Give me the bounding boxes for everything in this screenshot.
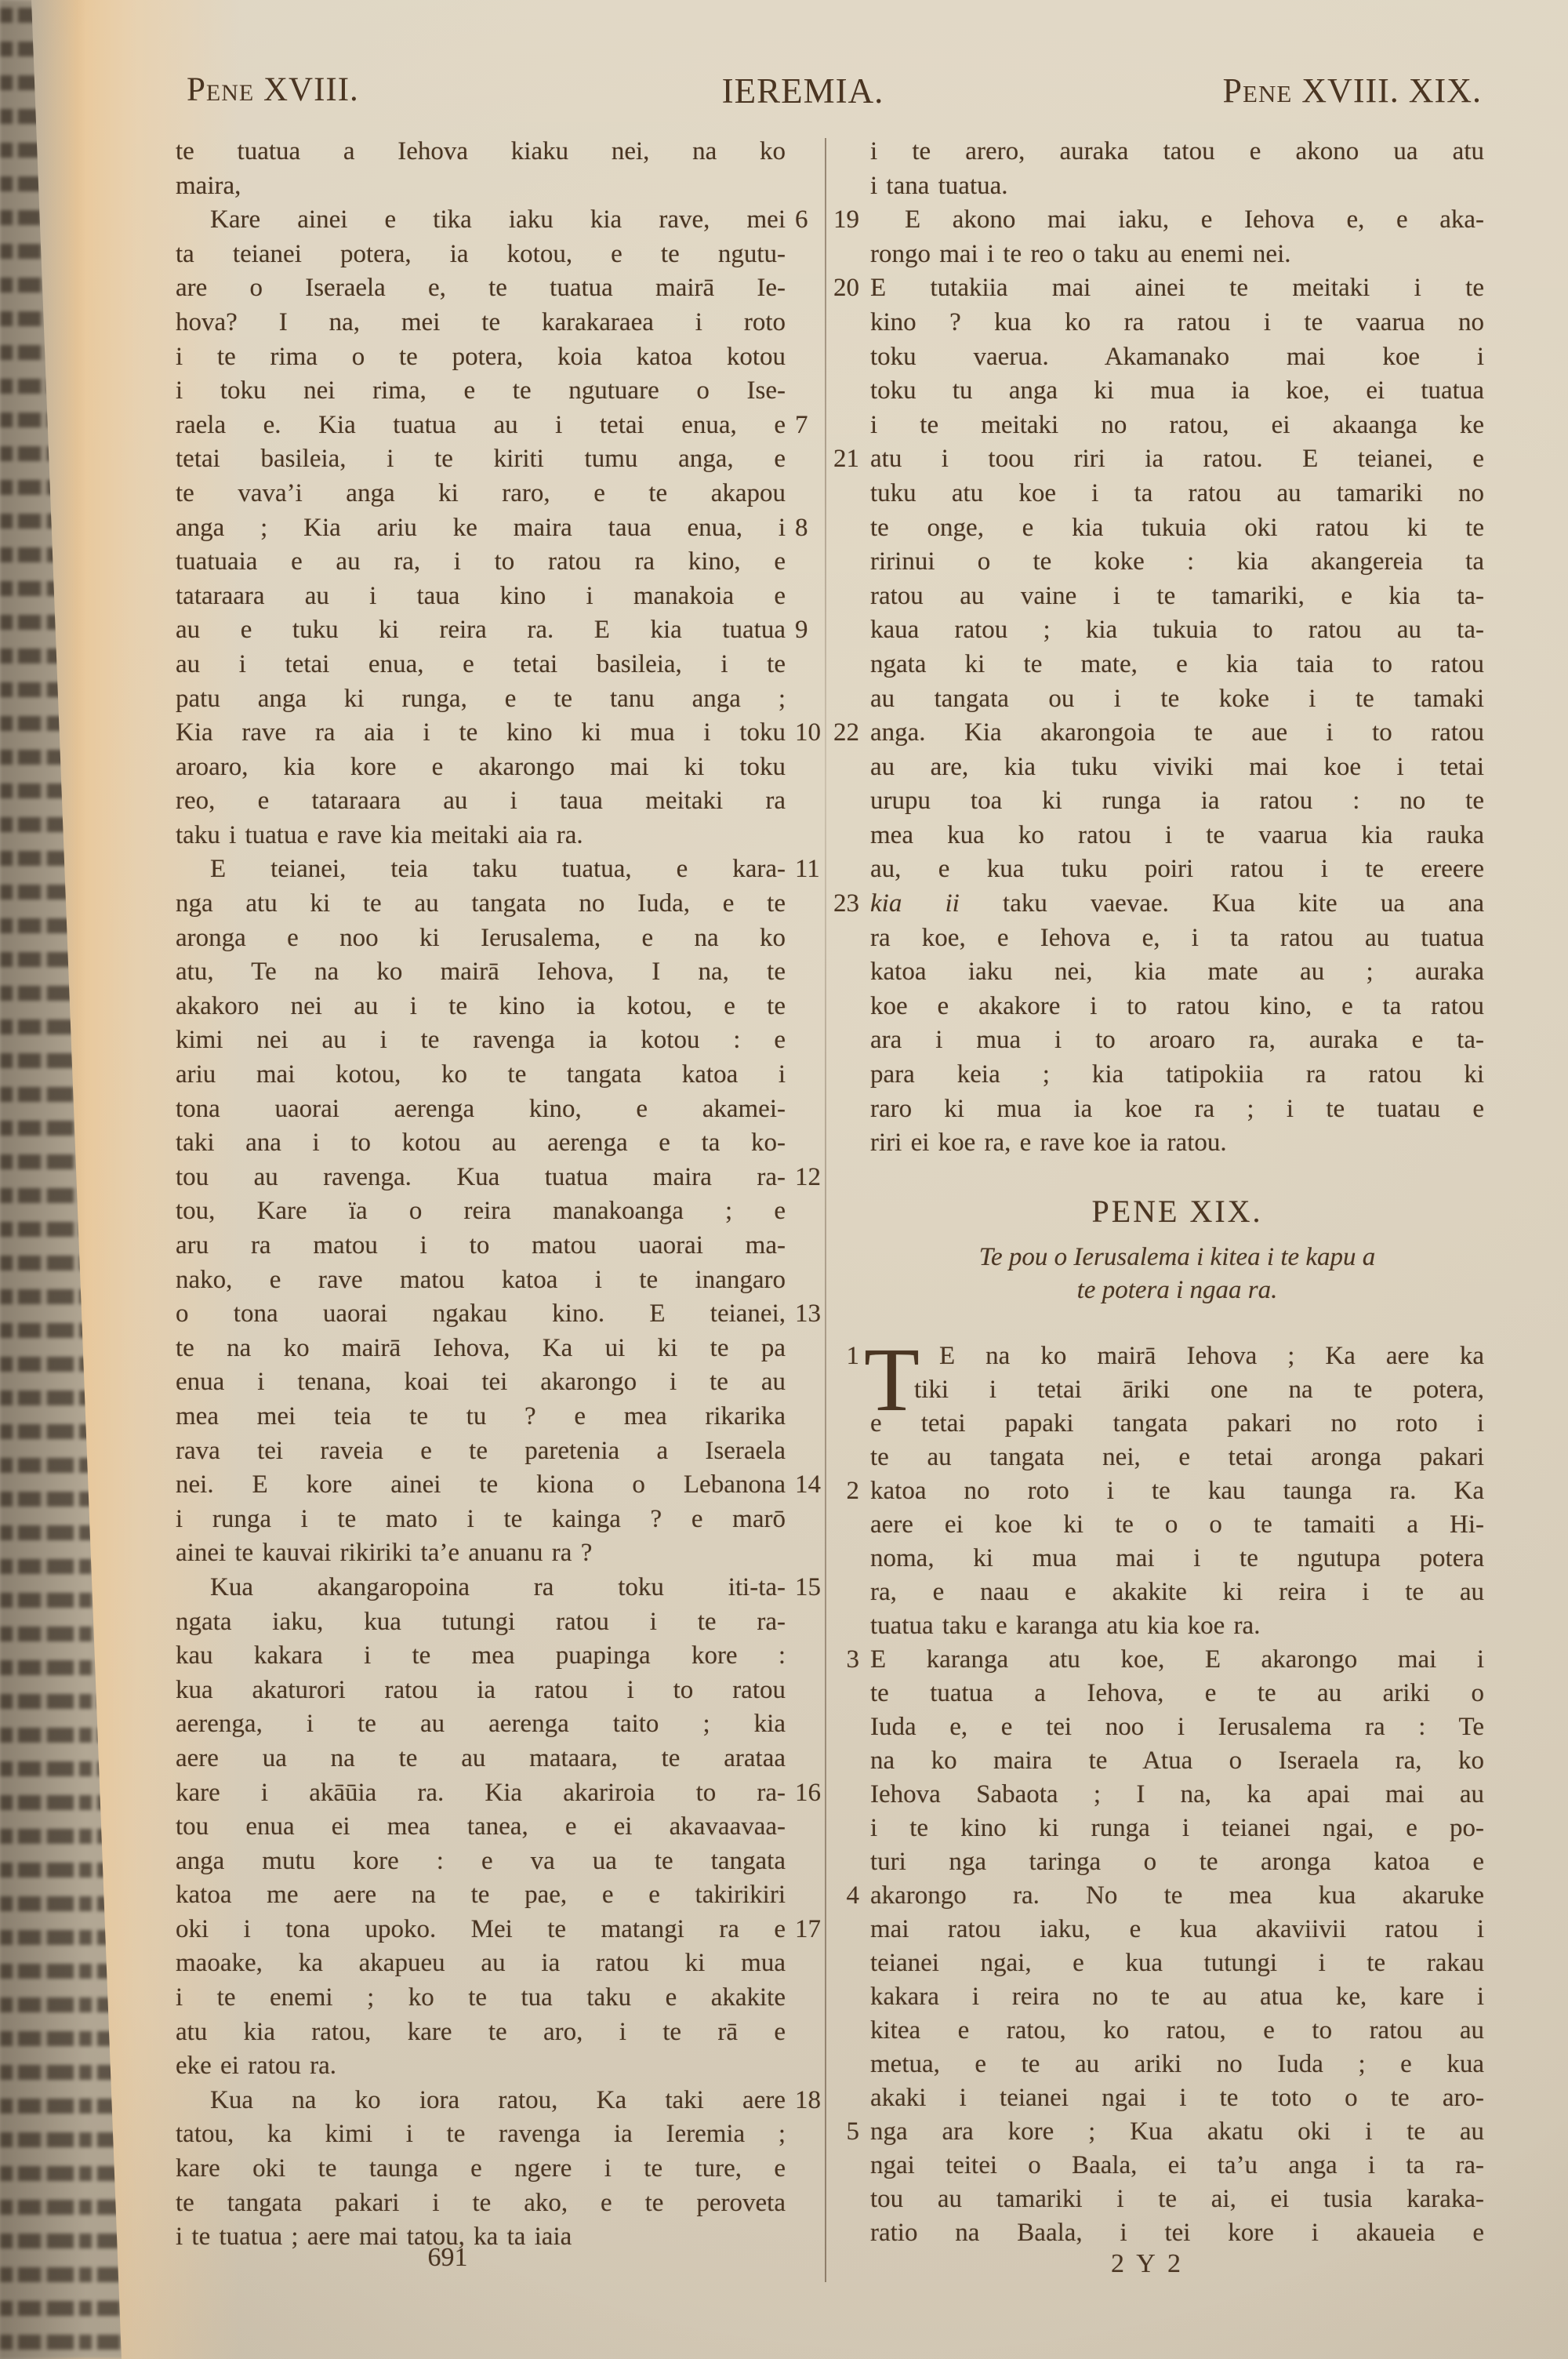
verse-number: 22 <box>833 716 859 751</box>
text-line: kimi nei au i te ravenga ia kotou : e <box>176 1023 786 1058</box>
verse-number: 20 <box>833 271 859 306</box>
text-line: 1TE na ko mairā Iehova ; Ka aere ka <box>870 1339 1484 1373</box>
text-line: ara i mua i to aroaro ra, auraka e ta- <box>870 1023 1484 1058</box>
text-line: noma, ki mua mai i te ngutupa potera <box>870 1542 1484 1576</box>
text-line: 22anga. Kia akarongoia te aue i to ratou <box>870 716 1484 751</box>
text-line: kaua ratou ; kia tukuia to ratou au ta- <box>870 613 1484 648</box>
text-line: 7raela e. Kia tuatua au i tetai enua, e <box>176 409 786 443</box>
text-line: ta teianei potera, ia kotou, e te ngutu- <box>176 238 786 272</box>
text-line: 2katoa no roto i te kau taunga ra. Ka <box>870 1474 1484 1508</box>
text-line: 20E tutakiia mai ainei te meitaki i te <box>870 271 1484 306</box>
text-line: tataraara au i taua kino i manakoia e <box>176 580 786 614</box>
text-line: 16kare i akāūia ra. Kia akariroia to ra- <box>176 1776 786 1811</box>
text-line: 8anga ; Kia ariu ke maira taua enua, i <box>176 511 786 546</box>
text-line: turi nga taringa o te aronga katoa e <box>870 1845 1484 1879</box>
text-line: ra, e naau e akakite ki reira i te au <box>870 1576 1484 1609</box>
text-line: katoa iaku nei, kia mate au ; auraka <box>870 955 1484 990</box>
text-line: aere ua na te au mataara, te arataa <box>176 1742 786 1776</box>
verse-number: 5 <box>847 2115 860 2149</box>
text-line: urupu toa ki runga ia ratou : no te <box>870 784 1484 819</box>
text-line: atu, Te na ko mairā Iehova, I na, te <box>176 955 786 990</box>
text-line: ririnui o te koke : kia akangereia ta <box>870 545 1484 580</box>
text-line: mea mei teia te tu ? e mea rikarika <box>176 1400 786 1434</box>
text-line: aronga e noo ki Ierusalema, e na ko <box>176 921 786 956</box>
verse-number: 12 <box>795 1161 821 1195</box>
text-line: 15Kua akangaropoina ra toku iti-ta- <box>176 1571 786 1605</box>
verse-number: 1 <box>847 1339 860 1373</box>
chapter-subtitle: Te pou o Ierusalema i kitea i te kapu a … <box>870 1241 1484 1307</box>
text-line: patu anga ki runga, e te tanu anga ; <box>176 682 786 717</box>
text-line: tona uaorai aerenga kino, e akamei- <box>176 1092 786 1127</box>
text-line: kare oki te taunga e ngere i te ture, e <box>176 2152 786 2186</box>
text-line: tuatua taku e karanga atu kia koe ra. <box>870 1609 1484 1643</box>
verse-number: 21 <box>833 442 859 477</box>
text-line: tatou, ka kimi i te ravenga ia Ieremia ; <box>176 2117 786 2152</box>
text-line: mai ratou iaku, e kua akaviivii ratou i <box>870 1913 1484 1946</box>
text-line: maoake, ka akapueu au ia ratou ki mua <box>176 1946 786 1981</box>
text-line: ngai teitei o Baala, ei ta’u anga i ta r… <box>870 2149 1484 2183</box>
text-line: ratio na Baala, i tei kore i akaueia e <box>870 2216 1484 2250</box>
text-line: 11E teianei, teia taku tuatua, e kara- <box>176 852 786 887</box>
verse-number: 4 <box>847 1879 860 1913</box>
text-line: e tetai papaki tangata pakari no roto i <box>870 1407 1484 1441</box>
chapter19-text: 1TE na ko mairā Iehova ; Ka aere katiki … <box>870 1339 1484 2250</box>
text-line: riri ei koe ra, e rave koe ia ratou. <box>870 1126 1484 1161</box>
chapter18-continuation: i te arero, auraka tatou e akono ua atui… <box>870 135 1484 1161</box>
text-line: eke ei ratou ra. <box>176 2049 786 2084</box>
text-line: i toku nei rima, e te ngutuare o Ise- <box>176 374 786 409</box>
text-line: ngata ki te mate, e kia taia to ratou <box>870 648 1484 682</box>
verse-number: 17 <box>795 1913 821 1947</box>
verse-number: 10 <box>795 716 821 751</box>
text-line: 21atu i toou riri ia ratou. E teianei, e <box>870 442 1484 477</box>
text-line: i te enemi ; ko te tua taku e akakite <box>176 1981 786 2016</box>
text-line: 14nei. E kore ainei te kiona o Lebanona <box>176 1468 786 1503</box>
text-line: teianei ngai, e kua tutungi i te rakau <box>870 1946 1484 1980</box>
verse-number: 11 <box>795 852 820 887</box>
text-line: maira, <box>176 169 786 204</box>
text-line: 9au e tuku ki reira ra. E kia tuatua <box>176 613 786 648</box>
verse-number: 7 <box>795 409 808 443</box>
verse-number: 9 <box>795 613 808 648</box>
verse-number: 18 <box>795 2084 821 2118</box>
text-line: au i tetai enua, e tetai basileia, i te <box>176 648 786 682</box>
text-line: 19E akono mai iaku, e Iehova e, e aka- <box>870 203 1484 238</box>
text-line: 4akarongo ra. No te mea kua akaruke <box>870 1879 1484 1913</box>
text-line: 5nga ara kore ; Kua akatu oki i te au <box>870 2115 1484 2149</box>
text-line: ainei te kauvai rikiriki ta’e anuanu ra … <box>176 1536 786 1571</box>
text-line: nga atu ki te au tangata no Iuda, e te <box>176 887 786 921</box>
chapter-subtitle-line: te potera i ngaa ra. <box>870 1274 1484 1307</box>
page-edge-texture <box>0 0 124 2359</box>
text-line: enua i tenana, koai tei akarongo i te au <box>176 1365 786 1400</box>
text-line: taki ana i to kotou au aerenga e ta ko- <box>176 1126 786 1161</box>
column-divider-rule <box>825 138 826 2282</box>
text-line: nako, e rave matou katoa i te inangaro <box>176 1263 786 1298</box>
text-line: reo, e tataraara au i taua meitaki ra <box>176 784 786 819</box>
left-text-column: te tuatua a Iehova kiaku nei, na komaira… <box>176 135 786 2255</box>
text-line: Iehova Sabaota ; I na, ka apai mai au <box>870 1778 1484 1812</box>
verse-number: 19 <box>833 203 859 238</box>
text-line: kakara i reira no te au atua ke, kare i <box>870 1980 1484 2014</box>
text-line: metua, e te au ariki no Iuda ; e kua <box>870 2048 1484 2081</box>
text-line: te na ko mairā Iehova, Ka ui ki te pa <box>176 1332 786 1366</box>
verse-number: 3 <box>847 1643 860 1677</box>
text-line: i te meitaki no ratou, ei akaanga ke <box>870 409 1484 443</box>
text-line: raro ki mua ia koe ra ; i te tuatau e <box>870 1092 1484 1127</box>
verse-number: 2 <box>847 1474 860 1508</box>
text-line: are o Iseraela e, te tuatua mairā Ie- <box>176 271 786 306</box>
text-line: au tangata ou i te koke i te tamaki <box>870 682 1484 717</box>
verse-number: 13 <box>795 1297 821 1332</box>
text-line: toku vaerua. Akamanako mai koe i <box>870 340 1484 375</box>
text-line: tuatuaia e au ra, i to ratou ra kino, e <box>176 545 786 580</box>
chapter-heading: PENE XIX. <box>870 1194 1484 1230</box>
italic-phrase: kia ii <box>870 889 960 918</box>
text-line: tuku atu koe i ta ratou au tamariki no <box>870 477 1484 511</box>
text-line: 3E karanga atu koe, E akarongo mai i <box>870 1643 1484 1677</box>
text-line: te au tangata nei, e tetai aronga pakari <box>870 1441 1484 1474</box>
text-line: 23kia ii taku vaevae. Kua kite ua ana <box>870 887 1484 921</box>
text-line: 6Kare ainei e tika iaku kia rave, mei <box>176 203 786 238</box>
text-line: kau kakara i te mea puapinga kore : <box>176 1639 786 1674</box>
text-line: i te rima o te potera, koia katoa kotou <box>176 340 786 375</box>
text-line: 13o tona uaorai ngakau kino. E teianei, <box>176 1297 786 1332</box>
text-line: mea kua ko ratou i te vaarua kia rauka <box>870 819 1484 853</box>
text-line: anga mutu kore : e va ua te tangata <box>176 1845 786 1879</box>
text-line: 12tou au ravenga. Kua tuatua maira ra- <box>176 1161 786 1195</box>
text-line: Iuda e, e tei noo i Ierusalema ra : Te <box>870 1710 1484 1744</box>
verse-number: 15 <box>795 1571 821 1605</box>
text-line: te onge, e kia tukuia oki ratou ki te <box>870 511 1484 546</box>
verse-number: 8 <box>795 511 808 546</box>
text-line: i te arero, auraka tatou e akono ua atu <box>870 135 1484 169</box>
text-line: aru ra matou i to matou uaorai ma- <box>176 1229 786 1263</box>
text-line: ariu mai kotou, ko te tangata katoa i <box>176 1058 786 1092</box>
text-line: tou au tamariki i te ai, ei tusia karaka… <box>870 2183 1484 2216</box>
text-line: te tuatua a Iehova kiaku nei, na ko <box>176 135 786 169</box>
text-line: au are, kia tuku viviki mai koe i tetai <box>870 751 1484 785</box>
text-line: 18Kua na ko iora ratou, Ka taki aere <box>176 2084 786 2118</box>
chapter-subtitle-line: Te pou o Ierusalema i kitea i te kapu a <box>870 1241 1484 1274</box>
text-line: tiki i tetai āriki one na te potera, <box>870 1373 1484 1407</box>
book-page-scan: Pene XVIII. IEREMIA. Pene XVIII. XIX. te… <box>0 0 1568 2359</box>
page-number: 691 <box>143 2243 753 2273</box>
text-line: na ko maira te Atua o Iseraela ra, ko <box>870 1744 1484 1778</box>
text-line: katoa me aere na te pae, e e takirikiri <box>176 1878 786 1913</box>
text-line: aere ei koe ki te o o te tamaiti a Hi- <box>870 1508 1484 1542</box>
text-line: para keia ; kia tatipokiia ra ratou ki <box>870 1058 1484 1092</box>
printer-signature: 2 Y 2 <box>840 2249 1454 2279</box>
verse-number: 14 <box>795 1468 821 1503</box>
text-line: taku i tuatua e rave kia meitaki aia ra. <box>176 819 786 853</box>
right-text-column: i te arero, auraka tatou e akono ua atui… <box>870 135 1484 2250</box>
text-line: ngata iaku, kua tutungi ratou i te ra- <box>176 1605 786 1640</box>
text-line: aroaro, kia kore e akarongo mai ki toku <box>176 751 786 785</box>
text-line: i te kino ki runga i teianei ngai, e po- <box>870 1812 1484 1845</box>
text-line: 17oki i tona upoko. Mei te matangi ra e <box>176 1913 786 1947</box>
text-line: kino ? kua ko ra ratou i te vaarua no <box>870 306 1484 340</box>
text-line: akaki i teianei ngai i te toto o te aro- <box>870 2081 1484 2115</box>
verse-number: 23 <box>833 887 859 921</box>
text-line: tou enua ei mea tanea, e ei akavaavaa- <box>176 1810 786 1845</box>
text-line: te tangata pakari i te ako, e te perovet… <box>176 2186 786 2221</box>
text-line: hova? I na, mei te karakaraea i roto <box>176 306 786 340</box>
text-line: i tana tuatua. <box>870 169 1484 204</box>
text-line: te vava’i anga ki raro, e te akapou <box>176 477 786 511</box>
text-line: kua akaturori ratou ia ratou i to ratou <box>176 1674 786 1708</box>
text-line: tetai basileia, i te kiriti tumu anga, e <box>176 442 786 477</box>
text-line: tou, Kare ïa o reira manakoanga ; e <box>176 1194 786 1229</box>
text-line: ratou au vaine i te tamariki, e kia ta- <box>870 580 1484 614</box>
text-line: atu kia ratou, kare te aro, i te rā e <box>176 2016 786 2050</box>
text-line: kitea e ratou, ko ratou, e to ratou au <box>870 2014 1484 2048</box>
text-line: rongo mai i te reo o taku au enemi nei. <box>870 238 1484 272</box>
text-line: au, e kua tuku poiri ratou i te ereere <box>870 852 1484 887</box>
text-line: koe e akakore i to ratou kino, e ta rato… <box>870 990 1484 1024</box>
text-line: rava tei raveia e te paretenia a Iserael… <box>176 1434 786 1469</box>
verse-number: 16 <box>795 1776 821 1811</box>
text-line: aerenga, i te au aerenga taito ; kia <box>176 1707 786 1742</box>
text-line: ra koe, e Iehova e, i ta ratou au tuatua <box>870 921 1484 956</box>
header-right-folio: Pene XVIII. XIX. <box>1223 71 1482 111</box>
verse-number: 6 <box>795 203 808 238</box>
text-line: i runga i te mato i te kainga ? e marō <box>176 1503 786 1537</box>
text-line: akakoro nei au i te kino ia kotou, e te <box>176 990 786 1024</box>
text-line: toku tu anga ki mua ia koe, ei tuatua <box>870 374 1484 409</box>
text-line: te tuatua a Iehova, e te au ariki o <box>870 1677 1484 1710</box>
text-line: 10Kia rave ra aia i te kino ki mua i tok… <box>176 716 786 751</box>
